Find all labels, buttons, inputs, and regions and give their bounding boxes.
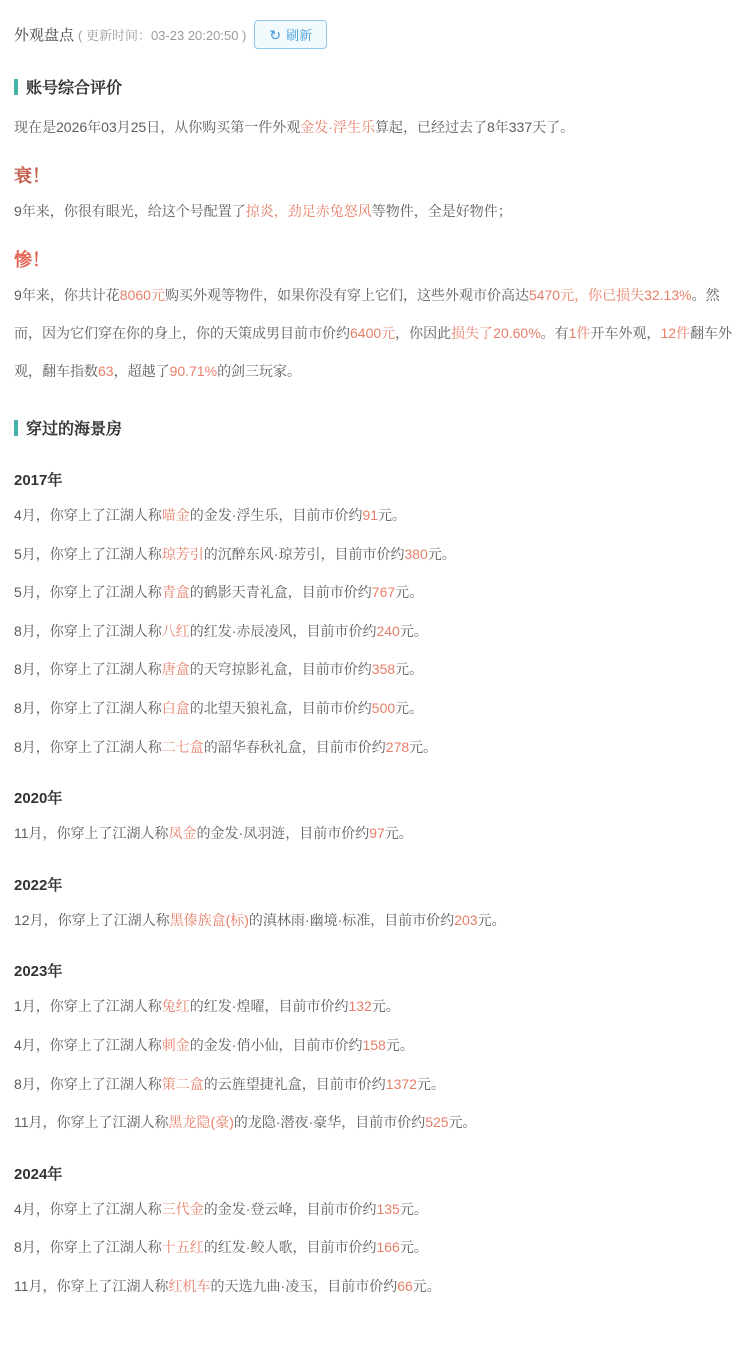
- text-segment: 11月，你穿上了江湖人称: [14, 825, 169, 841]
- highlighted-term: 767: [372, 584, 395, 600]
- highlighted-term: 240: [376, 623, 399, 639]
- text-segment: 元。: [417, 1076, 445, 1092]
- text-segment: 元。: [395, 584, 423, 600]
- highlighted-term: 掠炎，劲足赤兔怒风: [246, 203, 372, 219]
- text-segment: 11月，你穿上了江湖人称: [14, 1114, 169, 1130]
- text-segment: ，超越了: [114, 363, 170, 379]
- highlighted-term: 5470元，你已损失32.13%: [529, 287, 692, 303]
- year-heading: 2020年: [14, 787, 740, 808]
- history-item: 11月，你穿上了江湖人称凤金的金发·凤羽涟，目前市价约97元。: [14, 824, 740, 844]
- history-item: 4月，你穿上了江湖人称刺金的金发·俏小仙，目前市价约158元。: [14, 1036, 740, 1056]
- text-segment: 的沉醉东风·琼芳引，目前市价约: [204, 546, 405, 562]
- highlighted-term: 损失了20.60%: [451, 325, 540, 341]
- text-segment: 8月，你穿上了江湖人称: [14, 661, 162, 677]
- shuai-heading: 衰！: [14, 162, 740, 188]
- text-segment: 1月，你穿上了江湖人称: [14, 998, 162, 1014]
- can-heading: 惨！: [14, 246, 740, 272]
- year-heading: 2022年: [14, 874, 740, 895]
- text-segment: 8月，你穿上了江湖人称: [14, 739, 162, 755]
- text-segment: 4月，你穿上了江湖人称: [14, 507, 162, 523]
- text-segment: 元。: [428, 546, 456, 562]
- highlighted-term: 刺金: [162, 1037, 190, 1053]
- text-segment: 元。: [409, 739, 437, 755]
- highlighted-term: 策二盒: [162, 1076, 204, 1092]
- section-title-wear-history: 穿过的海景房: [14, 416, 740, 439]
- refresh-button-label: 刷新: [286, 25, 312, 44]
- highlighted-term: 1372: [386, 1076, 417, 1092]
- text-segment: 元。: [449, 1114, 477, 1130]
- text-segment: 的红发·鲛人歌，目前市价约: [204, 1239, 377, 1255]
- text-segment: 的天选九曲·凌玉，目前市价约: [211, 1278, 398, 1294]
- highlighted-term: 八红: [162, 623, 190, 639]
- text-segment: 元。: [372, 998, 400, 1014]
- highlighted-term: 132: [348, 998, 371, 1014]
- refresh-icon: ↻: [269, 28, 281, 42]
- text-segment: 9年来，你很有眼光，给这个号配置了: [14, 203, 246, 219]
- history-item: 8月，你穿上了江湖人称唐盒的天穹掠影礼盒，目前市价约358元。: [14, 660, 740, 680]
- history-item: 8月，你穿上了江湖人称十五红的红发·鲛人歌，目前市价约166元。: [14, 1238, 740, 1258]
- highlighted-term: 金发·浮生乐: [300, 119, 375, 135]
- highlighted-term: 135: [376, 1201, 399, 1217]
- history-list: 2017年4月，你穿上了江湖人称喵金的金发·浮生乐，目前市价约91元。5月，你穿…: [14, 469, 740, 1297]
- text-segment: 元。: [400, 1239, 428, 1255]
- history-item: 4月，你穿上了江湖人称喵金的金发·浮生乐，目前市价约91元。: [14, 506, 740, 526]
- highlighted-term: 91: [362, 507, 378, 523]
- text-segment: 元。: [478, 912, 506, 928]
- update-time: ( 更新时间：03-23 20:20:50 ): [78, 25, 246, 44]
- text-segment: 的红发·赤辰凌风，目前市价约: [190, 623, 377, 639]
- history-item: 12月，你穿上了江湖人称黑傣族盒(标)的滇林雨·幽境·标准，目前市价约203元。: [14, 911, 740, 931]
- text-segment: 元。: [386, 1037, 414, 1053]
- year-heading: 2023年: [14, 960, 740, 981]
- text-segment: 的滇林雨·幽境·标准，目前市价约: [249, 912, 454, 928]
- highlighted-term: 12件: [660, 325, 690, 341]
- history-item: 11月，你穿上了江湖人称黑龙隐(豪)的龙隐·潜夜·豪华，目前市价约525元。: [14, 1113, 740, 1133]
- text-segment: 元。: [413, 1278, 441, 1294]
- history-item: 11月，你穿上了江湖人称红机车的天选九曲·凌玉，目前市价约66元。: [14, 1277, 740, 1297]
- year-heading: 2024年: [14, 1163, 740, 1184]
- can-paragraph: 9年来，你共计花8060元购买外观等物件，如果你没有穿上它们，这些外观市价高达5…: [14, 276, 740, 390]
- accent-bar: [14, 79, 18, 95]
- text-segment: 的天穹掠影礼盒，目前市价约: [190, 661, 372, 677]
- highlighted-term: 黑傣族盒(标): [170, 912, 249, 928]
- highlighted-term: 琼芳引: [162, 546, 204, 562]
- highlighted-term: 红机车: [169, 1278, 211, 1294]
- text-segment: 元。: [400, 1201, 428, 1217]
- highlighted-term: 白盒: [162, 700, 190, 716]
- text-segment: 的金发·凤羽涟，目前市价约: [197, 825, 370, 841]
- highlighted-term: 二七盒: [162, 739, 204, 755]
- text-segment: 4月，你穿上了江湖人称: [14, 1201, 162, 1217]
- highlighted-term: 三代金: [162, 1201, 204, 1217]
- history-item: 4月，你穿上了江湖人称三代金的金发·登云峰，目前市价约135元。: [14, 1200, 740, 1220]
- highlighted-term: 203: [454, 912, 477, 928]
- highlighted-term: 500: [372, 700, 395, 716]
- highlighted-term: 158: [362, 1037, 385, 1053]
- highlighted-term: 兔红: [162, 998, 190, 1014]
- history-item: 8月，你穿上了江湖人称策二盒的云旌望捷礼盒，目前市价约1372元。: [14, 1075, 740, 1095]
- highlighted-term: 喵金: [162, 507, 190, 523]
- highlighted-term: 278: [386, 739, 409, 755]
- text-segment: 元。: [385, 825, 413, 841]
- highlighted-term: 90.71%: [170, 363, 217, 379]
- text-segment: 元。: [378, 507, 406, 523]
- text-segment: 11月，你穿上了江湖人称: [14, 1278, 169, 1294]
- page-header: 外观盘点 ( 更新时间：03-23 20:20:50 ) ↻ 刷新: [14, 20, 740, 49]
- text-segment: 9年来，你共计花: [14, 287, 120, 303]
- history-item: 1月，你穿上了江湖人称兔红的红发·煌曜，目前市价约132元。: [14, 997, 740, 1017]
- history-item: 5月，你穿上了江湖人称琼芳引的沉醉东风·琼芳引，目前市价约380元。: [14, 545, 740, 565]
- section-title-text: 账号综合评价: [26, 75, 122, 98]
- history-item: 8月，你穿上了江湖人称白盒的北望天狼礼盒，目前市价约500元。: [14, 699, 740, 719]
- text-segment: 等物件，全是好物件；: [372, 203, 512, 219]
- text-segment: 的鹤影天青礼盒，目前市价约: [190, 584, 372, 600]
- text-segment: 8月，你穿上了江湖人称: [14, 1076, 162, 1092]
- text-segment: 的韶华春秋礼盒，目前市价约: [204, 739, 386, 755]
- year-heading: 2017年: [14, 469, 740, 490]
- highlighted-term: 63: [98, 363, 114, 379]
- text-segment: 8月，你穿上了江湖人称: [14, 623, 162, 639]
- history-item: 5月，你穿上了江湖人称青盒的鹤影天青礼盒，目前市价约767元。: [14, 583, 740, 603]
- history-item: 8月，你穿上了江湖人称八红的红发·赤辰凌风，目前市价约240元。: [14, 622, 740, 642]
- text-segment: 现在是2026年03月25日，从你购买第一件外观: [14, 119, 300, 135]
- highlighted-term: 1件: [569, 325, 591, 341]
- highlighted-term: 380: [404, 546, 427, 562]
- text-segment: 的金发·浮生乐，目前市价约: [190, 507, 363, 523]
- text-segment: ，你因此: [395, 325, 451, 341]
- highlighted-term: 青盒: [162, 584, 190, 600]
- text-segment: 元。: [395, 700, 423, 716]
- text-segment: 8月，你穿上了江湖人称: [14, 700, 162, 716]
- page-title: 外观盘点: [14, 24, 74, 45]
- history-item: 8月，你穿上了江湖人称二七盒的韶华春秋礼盒，目前市价约278元。: [14, 738, 740, 758]
- highlighted-term: 97: [369, 825, 385, 841]
- text-segment: 。有: [541, 325, 569, 341]
- text-segment: 元。: [400, 623, 428, 639]
- highlighted-term: 6400元: [350, 325, 395, 341]
- section-title-account-summary: 账号综合评价: [14, 75, 740, 98]
- highlighted-term: 唐盒: [162, 661, 190, 677]
- text-segment: 的北望天狼礼盒，目前市价约: [190, 700, 372, 716]
- text-segment: 4月，你穿上了江湖人称: [14, 1037, 162, 1053]
- highlighted-term: 525: [425, 1114, 448, 1130]
- text-segment: 开车外观，: [590, 325, 660, 341]
- text-segment: 的云旌望捷礼盒，目前市价约: [204, 1076, 386, 1092]
- highlighted-term: 8060元: [120, 287, 165, 303]
- intro-paragraph: 现在是2026年03月25日，从你购买第一件外观金发·浮生乐算起，已经过去了8年…: [14, 108, 740, 146]
- highlighted-term: 十五红: [162, 1239, 204, 1255]
- highlighted-term: 166: [376, 1239, 399, 1255]
- highlighted-term: 358: [372, 661, 395, 677]
- appearance-report-page: 外观盘点 ( 更新时间：03-23 20:20:50 ) ↻ 刷新 账号综合评价…: [0, 0, 756, 1346]
- text-segment: 购买外观等物件，如果你没有穿上它们，这些外观市价高达: [165, 287, 529, 303]
- text-segment: 元。: [395, 661, 423, 677]
- accent-bar: [14, 420, 18, 436]
- text-segment: 的红发·煌曜，目前市价约: [190, 998, 349, 1014]
- highlighted-term: 黑龙隐(豪): [169, 1114, 234, 1130]
- shuai-paragraph: 9年来，你很有眼光，给这个号配置了掠炎，劲足赤兔怒风等物件，全是好物件；: [14, 192, 740, 230]
- text-segment: 5月，你穿上了江湖人称: [14, 546, 162, 562]
- text-segment: 5月，你穿上了江湖人称: [14, 584, 162, 600]
- highlighted-term: 66: [397, 1278, 413, 1294]
- text-segment: 算起，已经过去了8年337天了。: [375, 119, 574, 135]
- refresh-button[interactable]: ↻ 刷新: [254, 20, 327, 49]
- text-segment: 的金发·俏小仙，目前市价约: [190, 1037, 363, 1053]
- section-title-text: 穿过的海景房: [26, 416, 122, 439]
- section-wear-history: 穿过的海景房 2017年4月，你穿上了江湖人称喵金的金发·浮生乐，目前市价约91…: [14, 416, 740, 1297]
- text-segment: 的剑三玩家。: [217, 363, 301, 379]
- text-segment: 的龙隐·潜夜·豪华，目前市价约: [234, 1114, 425, 1130]
- text-segment: 8月，你穿上了江湖人称: [14, 1239, 162, 1255]
- highlighted-term: 凤金: [169, 825, 197, 841]
- text-segment: 12月，你穿上了江湖人称: [14, 912, 170, 928]
- section-account-summary: 账号综合评价 现在是2026年03月25日，从你购买第一件外观金发·浮生乐算起，…: [14, 75, 740, 390]
- text-segment: 的金发·登云峰，目前市价约: [204, 1201, 377, 1217]
